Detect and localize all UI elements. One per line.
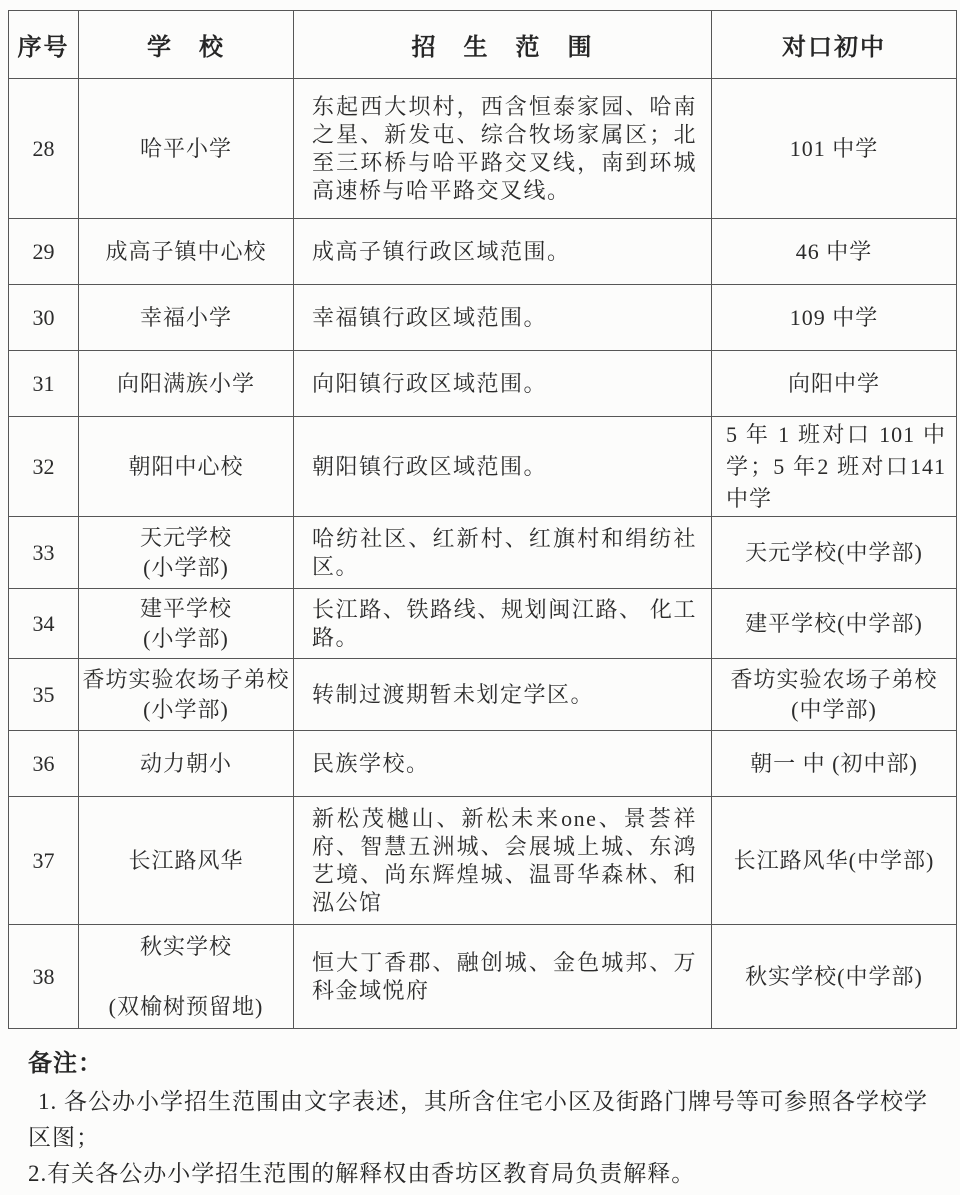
document-page: 序号 学 校 招 生 范 围 对口初中 28 哈平小学 东起西大坝村，西含恒泰家…	[0, 0, 960, 1195]
table-row: 36 动力朝小 民族学校。 朝一 中 (初中部)	[9, 731, 957, 797]
table-row: 32 朝阳中心校 朝阳镇行政区域范围。 5 年 1 班对口 101 中学；5 年…	[9, 417, 957, 517]
school-name: 成高子镇中心校	[79, 219, 294, 285]
row-number: 32	[9, 417, 79, 517]
row-number: 33	[9, 517, 79, 589]
row-number: 31	[9, 351, 79, 417]
header-serial-number: 序号	[9, 11, 79, 79]
table-row: 37 长江路风华 新松茂樾山、新松未来one、景荟祥府、智慧五洲城、会展城上城、…	[9, 797, 957, 925]
table-header-row: 序号 学 校 招 生 范 围 对口初中	[9, 11, 957, 79]
middle-school: 101 中学	[712, 79, 957, 219]
middle-school: 秋实学校(中学部)	[712, 925, 957, 1029]
header-school: 学 校	[79, 11, 294, 79]
middle-school: 长江路风华(中学部)	[712, 797, 957, 925]
remark-item-1: 1. 各公办小学招生范围由文字表述，其所含住宅小区及街路门牌号等可参照各学校学区…	[28, 1084, 938, 1156]
middle-school: 天元学校(中学部)	[712, 517, 957, 589]
table-row: 35 香坊实验农场子弟校 (小学部) 转制过渡期暂未划定学区。 香坊实验农场子弟…	[9, 659, 957, 731]
enrollment-range: 民族学校。	[294, 731, 712, 797]
table-row: 34 建平学校 (小学部) 长江路、铁路线、规划闽江路、 化工路。 建平学校(中…	[9, 589, 957, 659]
enrollment-range: 朝阳镇行政区域范围。	[294, 417, 712, 517]
school-name: 哈平小学	[79, 79, 294, 219]
school-name: 香坊实验农场子弟校 (小学部)	[79, 659, 294, 731]
enrollment-range: 东起西大坝村，西含恒泰家园、哈南之星、新发屯、综合牧场家属区；北至三环桥与哈平路…	[294, 79, 712, 219]
header-middle-school: 对口初中	[712, 11, 957, 79]
row-number: 35	[9, 659, 79, 731]
enrollment-range: 向阳镇行政区域范围。	[294, 351, 712, 417]
school-name: 朝阳中心校	[79, 417, 294, 517]
row-number: 28	[9, 79, 79, 219]
school-name: 动力朝小	[79, 731, 294, 797]
remark-item-2: 2.有关各公办小学招生范围的解释权由香坊区教育局负责解释。	[28, 1156, 938, 1192]
school-name: 幸福小学	[79, 285, 294, 351]
school-name: 天元学校 (小学部)	[79, 517, 294, 589]
school-name: 向阳满族小学	[79, 351, 294, 417]
middle-school: 朝一 中 (初中部)	[712, 731, 957, 797]
school-name: 秋实学校 (双榆树预留地)	[79, 925, 294, 1029]
middle-school: 5 年 1 班对口 101 中学；5 年2 班对口141 中学	[712, 417, 957, 517]
enrollment-range: 转制过渡期暂未划定学区。	[294, 659, 712, 731]
middle-school: 46 中学	[712, 219, 957, 285]
middle-school: 香坊实验农场子弟校 (中学部)	[712, 659, 957, 731]
school-name: 建平学校 (小学部)	[79, 589, 294, 659]
school-name: 长江路风华	[79, 797, 294, 925]
row-number: 38	[9, 925, 79, 1029]
table-row: 29 成高子镇中心校 成高子镇行政区域范围。 46 中学	[9, 219, 957, 285]
table-row: 31 向阳满族小学 向阳镇行政区域范围。 向阳中学	[9, 351, 957, 417]
middle-school: 109 中学	[712, 285, 957, 351]
middle-school: 建平学校(中学部)	[712, 589, 957, 659]
enrollment-range: 成高子镇行政区域范围。	[294, 219, 712, 285]
enrollment-range: 幸福镇行政区域范围。	[294, 285, 712, 351]
enrollment-range: 新松茂樾山、新松未来one、景荟祥府、智慧五洲城、会展城上城、东鸿艺境、尚东辉煌…	[294, 797, 712, 925]
enrollment-range: 恒大丁香郡、融创城、金色城邦、万科金域悦府	[294, 925, 712, 1029]
table-row: 33 天元学校 (小学部) 哈纺社区、红新村、红旗村和绢纺社区。 天元学校(中学…	[9, 517, 957, 589]
row-number: 36	[9, 731, 79, 797]
enrollment-range: 哈纺社区、红新村、红旗村和绢纺社区。	[294, 517, 712, 589]
table-row: 30 幸福小学 幸福镇行政区域范围。 109 中学	[9, 285, 957, 351]
table-row: 28 哈平小学 东起西大坝村，西含恒泰家园、哈南之星、新发屯、综合牧场家属区；北…	[9, 79, 957, 219]
enrollment-range: 长江路、铁路线、规划闽江路、 化工路。	[294, 589, 712, 659]
table-row: 38 秋实学校 (双榆树预留地) 恒大丁香郡、融创城、金色城邦、万科金域悦府 秋…	[9, 925, 957, 1029]
row-number: 34	[9, 589, 79, 659]
row-number: 29	[9, 219, 79, 285]
remarks-section: 备注： 1. 各公办小学招生范围由文字表述，其所含住宅小区及街路门牌号等可参照各…	[28, 1046, 938, 1192]
enrollment-table: 序号 学 校 招 生 范 围 对口初中 28 哈平小学 东起西大坝村，西含恒泰家…	[8, 10, 957, 1029]
row-number: 37	[9, 797, 79, 925]
remarks-title: 备注：	[28, 1046, 938, 1082]
middle-school: 向阳中学	[712, 351, 957, 417]
row-number: 30	[9, 285, 79, 351]
header-enrollment-scope: 招 生 范 围	[294, 11, 712, 79]
